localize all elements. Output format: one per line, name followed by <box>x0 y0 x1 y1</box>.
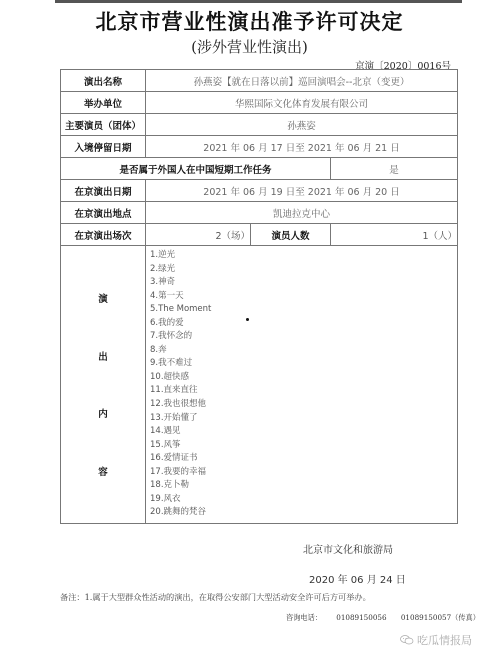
permit-form-table: 演出名称 孙燕姿【就在日落以前】巡回演唱会--北京（变更） 举办单位 华熙国际文… <box>60 69 458 524</box>
stray-dot-mark <box>246 318 249 321</box>
content-label-char: 演 <box>98 291 108 305</box>
performance-name-label: 演出名称 <box>61 70 146 92</box>
watermark: 吃瓜情报局 <box>400 632 472 648</box>
setlist-item: 11.直来直往 <box>150 384 457 398</box>
row-content: 演 出 内 容 1.逆光 2.绿光 3.神奇 4.第一天 5.The Momen… <box>61 246 458 524</box>
document-subtitle: (涉外营业性演出) <box>0 36 499 57</box>
setlist-item: 15.风筝 <box>150 439 457 453</box>
setlist-item: 3.神奇 <box>150 276 457 290</box>
content-label-char: 出 <box>98 349 108 363</box>
setlist-item: 12.我也很想他 <box>150 398 457 412</box>
contact-label: 咨询电话： <box>286 613 322 622</box>
row-main-performer: 主要演员（团体） 孙燕姿 <box>61 114 458 136</box>
issuing-authority: 北京市文化和旅游局 <box>303 541 393 556</box>
document-title: 北京市营业性演出准予许可决定 <box>0 6 499 36</box>
setlist-item: 8.奔 <box>150 344 457 358</box>
issue-date: 2020 年 06 月 24 日 <box>309 571 406 586</box>
contact-phone: 01089150056 <box>336 613 386 622</box>
row-short-term-work: 是否属于外国人在中国短期工作任务 是 <box>61 158 458 180</box>
short-term-work-label: 是否属于外国人在中国短期工作任务 <box>61 158 331 180</box>
setlist-item: 16.爱情证书 <box>150 452 457 466</box>
setlist: 1.逆光 2.绿光 3.神奇 4.第一天 5.The Moment 6.我的爱 … <box>146 246 457 523</box>
setlist-item: 6.我的爱 <box>150 317 457 331</box>
performer-count-label: 演员人数 <box>251 224 331 246</box>
content-label-char: 内 <box>98 406 108 420</box>
organizer-label: 举办单位 <box>61 92 146 114</box>
entry-stay-dates-value: 2021 年 06 月 17 日至 2021 年 06 月 21 日 <box>146 136 458 158</box>
beijing-shows-label: 在京演出场次 <box>61 224 146 246</box>
contact-fax: 01089150057（传真） <box>401 613 480 622</box>
main-performer-label: 主要演员（团体） <box>61 114 146 136</box>
beijing-venue-label: 在京演出地点 <box>61 202 146 224</box>
watermark-text: 吃瓜情报局 <box>417 632 472 648</box>
row-performance-name: 演出名称 孙燕姿【就在日落以前】巡回演唱会--北京（变更） <box>61 70 458 92</box>
contact-info: 咨询电话： 01089150056 01089150057（传真） <box>286 613 490 623</box>
setlist-item: 1.逆光 <box>150 249 457 263</box>
wechat-icon <box>400 635 414 645</box>
row-beijing-venue: 在京演出地点 凯迪拉克中心 <box>61 202 458 224</box>
setlist-item: 2.绿光 <box>150 263 457 277</box>
row-entry-stay-dates: 入境停留日期 2021 年 06 月 17 日至 2021 年 06 月 21 … <box>61 136 458 158</box>
beijing-dates-label: 在京演出日期 <box>61 180 146 202</box>
row-shows-and-performers: 在京演出场次 2（场） 演员人数 1（人） <box>61 224 458 246</box>
setlist-item: 5.The Moment <box>150 303 457 317</box>
setlist-item: 20.跳舞的梵谷 <box>150 506 457 520</box>
main-performer-value: 孙燕姿 <box>146 114 458 136</box>
row-beijing-dates: 在京演出日期 2021 年 06 月 19 日至 2021 年 06 月 20 … <box>61 180 458 202</box>
entry-stay-dates-label: 入境停留日期 <box>61 136 146 158</box>
remark-note: 备注：1.属于大型群众性活动的演出，在取得公安部门大型活动安全许可后方可举办。 <box>60 592 371 603</box>
top-border-bar <box>55 0 462 3</box>
setlist-item: 18.克卜勒 <box>150 479 457 493</box>
setlist-item: 14.遇见 <box>150 425 457 439</box>
setlist-item: 19.风衣 <box>150 493 457 507</box>
content-label-char: 容 <box>98 464 108 478</box>
setlist-item: 9.我不难过 <box>150 357 457 371</box>
beijing-dates-value: 2021 年 06 月 19 日至 2021 年 06 月 20 日 <box>146 180 458 202</box>
beijing-shows-value: 2（场） <box>146 224 251 246</box>
setlist-item: 7.我怀念的 <box>150 330 457 344</box>
setlist-item: 4.第一天 <box>150 290 457 304</box>
setlist-cell: 1.逆光 2.绿光 3.神奇 4.第一天 5.The Moment 6.我的爱 … <box>146 246 458 524</box>
performer-count-value: 1（人） <box>331 224 458 246</box>
content-label: 演 出 内 容 <box>61 246 146 524</box>
setlist-item: 17.我要的幸福 <box>150 466 457 480</box>
short-term-work-value: 是 <box>331 158 458 180</box>
setlist-item: 13.开始懂了 <box>150 412 457 426</box>
row-organizer: 举办单位 华熙国际文化体育发展有限公司 <box>61 92 458 114</box>
setlist-item: 10.超快感 <box>150 371 457 385</box>
organizer-value: 华熙国际文化体育发展有限公司 <box>146 92 458 114</box>
performance-name-value: 孙燕姿【就在日落以前】巡回演唱会--北京（变更） <box>146 70 458 92</box>
beijing-venue-value: 凯迪拉克中心 <box>146 202 458 224</box>
